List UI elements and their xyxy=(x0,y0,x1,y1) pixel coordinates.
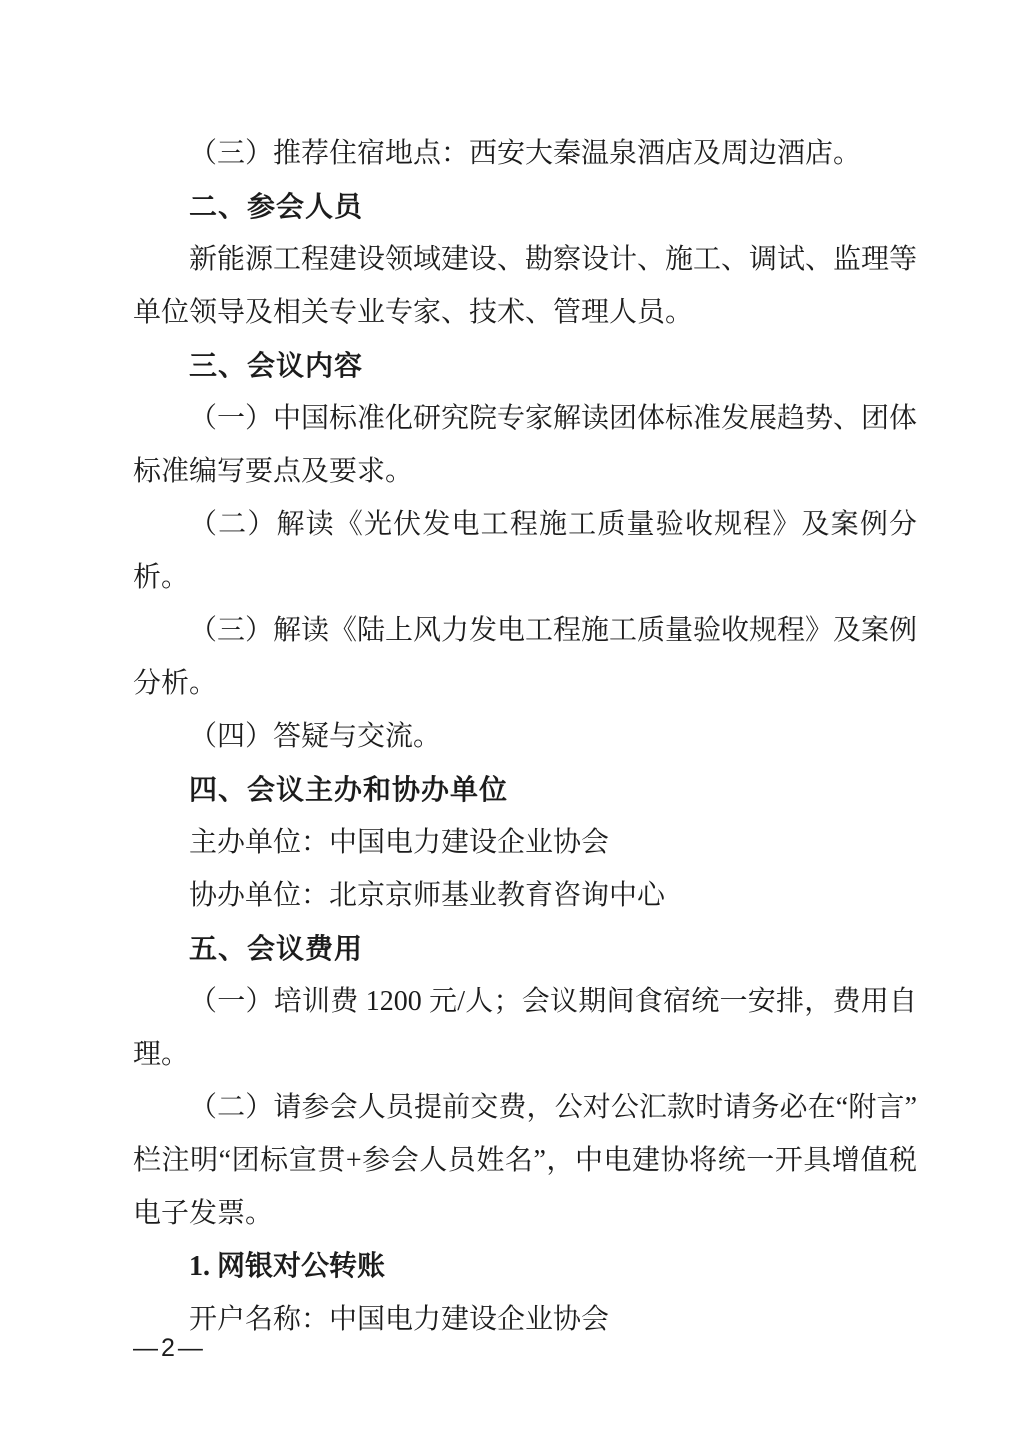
heading-meeting-fees: 五、会议费用 xyxy=(133,922,917,975)
paragraph-content-item-3: （三）解读《陆上风力发电工程施工质量验收规程》及案例分析。 xyxy=(133,604,917,710)
paragraph-content-item-2: （二）解读《光伏发电工程施工质量验收规程》及案例分析。 xyxy=(133,498,917,604)
subheading-bank-transfer: 1. 网银对公转账 xyxy=(133,1240,917,1293)
paragraph-participants: 新能源工程建设领域建设、勘察设计、施工、调试、监理等单位领导及相关专业专家、技术… xyxy=(133,233,917,339)
paragraph-account-name: 开户名称：中国电力建设企业协会 xyxy=(133,1293,917,1346)
heading-meeting-content: 三、会议内容 xyxy=(133,339,917,392)
heading-participants: 二、参会人员 xyxy=(133,180,917,233)
paragraph-co-organizer: 协办单位：北京京师基业教育咨询中心 xyxy=(133,869,917,922)
document-body: （三）推荐住宿地点：西安大秦温泉酒店及周边酒店。 二、参会人员 新能源工程建设领… xyxy=(133,127,917,1346)
heading-organizers: 四、会议主办和协办单位 xyxy=(133,763,917,816)
paragraph-content-item-1: （一）中国标准化研究院专家解读团体标准发展趋势、团体标准编写要点及要求。 xyxy=(133,392,917,498)
paragraph-fee-item-1: （一）培训费 1200 元/人；会议期间食宿统一安排，费用自理。 xyxy=(133,975,917,1081)
page-number: —2— xyxy=(133,1334,206,1363)
document-page: { "document": { "paragraphs": [ { "style… xyxy=(0,0,1024,1447)
paragraph-hotel-recommendation: （三）推荐住宿地点：西安大秦温泉酒店及周边酒店。 xyxy=(133,127,917,180)
paragraph-content-item-4: （四）答疑与交流。 xyxy=(133,710,917,763)
paragraph-host-organizer: 主办单位：中国电力建设企业协会 xyxy=(133,816,917,869)
paragraph-fee-item-2: （二）请参会人员提前交费，公对公汇款时请务必在“附言”栏注明“团标宣贯+参会人员… xyxy=(133,1081,917,1240)
